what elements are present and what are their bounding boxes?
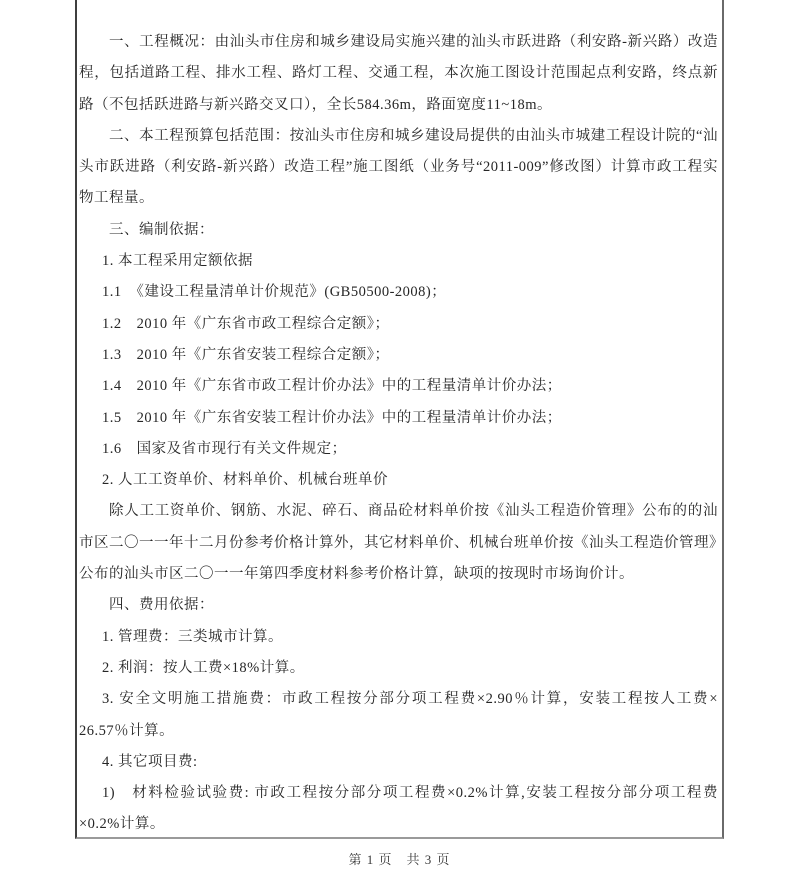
doc-list-item: 4. 其它项目费:: [79, 747, 718, 778]
doc-line: ×0.2%计算。: [79, 809, 718, 840]
doc-list-item: 1.1 《建设工程量清单计价规范》(GB50500-2008)；: [79, 277, 718, 308]
doc-heading: 三、编制依据：: [79, 215, 718, 246]
page-footer: 第 1 页 共 3 页: [75, 849, 724, 868]
doc-line: 二、本工程预算包括范围：按汕头市住房和城乡建设局提供的由汕头市城建工程设计院的“…: [79, 121, 718, 152]
doc-line: 物工程量。: [79, 183, 718, 214]
doc-line: 路（不包括跃进路与新兴路交叉口），全长584.36m，路面宽度11~18m。: [79, 90, 718, 121]
doc-list-item: 1.3 2010 年《广东省安装工程综合定额》；: [79, 340, 718, 371]
doc-list-item: 1. 管理费：三类城市计算。: [79, 622, 718, 653]
doc-list-item: 1.5 2010 年《广东省安装工程计价办法》中的工程量清单计价办法；: [79, 403, 718, 434]
doc-line: 26.57％计算。: [79, 716, 718, 747]
doc-line: 市区二〇一一年十二月份参考价格计算外，其它材料单价、机械台班单价按《汕头工程造价…: [79, 528, 718, 559]
doc-line: 除人工工资单价、钢筋、水泥、碎石、商品砼材料单价按《汕头工程造价管理》公布的的汕…: [79, 496, 718, 527]
doc-list-item: 1. 本工程采用定额依据: [79, 246, 718, 277]
doc-line: 头市跃进路（利安路-新兴路）改造工程”施工图纸（业务号“2011-009”修改图…: [79, 152, 718, 183]
doc-heading: 四、费用依据：: [79, 590, 718, 621]
doc-list-item: 1) 材料检验试验费: 市政工程按分部分项工程费×0.2%计算,安装工程按分部分…: [79, 778, 718, 809]
doc-list-item: 1.2 2010 年《广东省市政工程综合定额》；: [79, 309, 718, 340]
doc-list-item: 2. 利润：按人工费×18%计算。: [79, 653, 718, 684]
doc-line: 一、工程概况：由汕头市住房和城乡建设局实施兴建的汕头市跃进路（利安路-新兴路）改…: [79, 27, 718, 58]
doc-line: 程，包括道路工程、排水工程、路灯工程、交通工程，本次施工图设计范围起点利安路，终…: [79, 58, 718, 89]
doc-list-item: 3. 安全文明施工措施费：市政工程按分部分项工程费×2.90％计算，安装工程按人…: [79, 684, 718, 715]
doc-list-item: 2. 人工工资单价、材料单价、机械台班单价: [79, 465, 718, 496]
doc-list-item: 1.4 2010 年《广东省市政工程计价办法》中的工程量清单计价办法；: [79, 371, 718, 402]
doc-list-item: 1.6 国家及省市现行有关文件规定；: [79, 434, 718, 465]
doc-line: 公布的汕头市区二〇一一年第四季度材料参考价格计算，缺项的按现时市场询价计。: [79, 559, 718, 590]
document-page-cell: 一、工程概况：由汕头市住房和城乡建设局实施兴建的汕头市跃进路（利安路-新兴路）改…: [75, 0, 724, 839]
